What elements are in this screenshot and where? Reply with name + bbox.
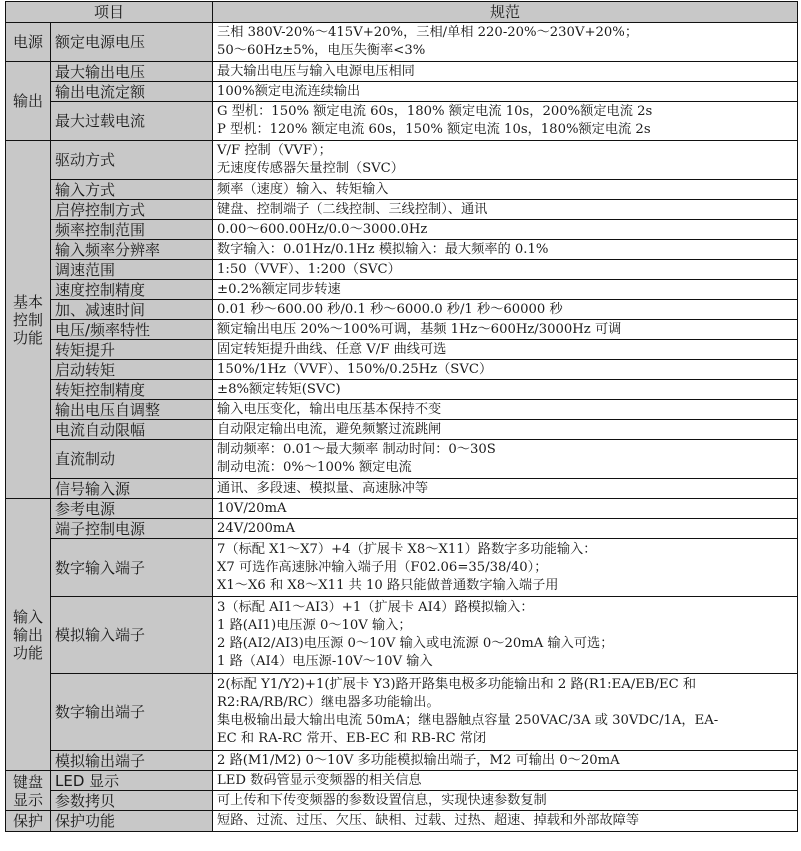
spec-cell: 10V/20mA <box>213 499 798 519</box>
category-line: 功能 <box>10 329 46 347</box>
item-cell: 直流制动 <box>51 440 213 479</box>
item-cell: 额定电源电压 <box>51 23 213 62</box>
spec-cell: 自动限定输出电流，避免频繁过流跳闸 <box>213 420 798 440</box>
spec-cell: 0.01 秒～600.00 秒/0.1 秒～6000.0 秒/1 秒～60000… <box>213 300 798 320</box>
spec-cell: ±8%额定转矩(SVC) <box>213 380 798 400</box>
spec-line: 自动限定输出电流，避免频繁过流跳闸 <box>217 421 793 439</box>
table-row: 加、减速时间0.01 秒～600.00 秒/0.1 秒～6000.0 秒/1 秒… <box>6 300 798 320</box>
item-cell: 模拟输入端子 <box>51 597 213 674</box>
spec-line: ±8%额定转矩(SVC) <box>217 381 793 399</box>
item-cell: 电压/频率特性 <box>51 320 213 340</box>
table-row: 直流制动制动频率：0.01～最大频率 制动时间：0～30S制动电流：0%～100… <box>6 440 798 479</box>
spec-cell: 7（标配 X1～X7）+4（扩展卡 X8～X11）路数字多功能输入：X7 可选作… <box>213 539 798 597</box>
spec-cell: 固定转矩提升曲线、任意 V/F 曲线可选 <box>213 340 798 360</box>
table-row: 输入输出功能参考电源10V/20mA <box>6 499 798 519</box>
spec-line: 0.01 秒～600.00 秒/0.1 秒～6000.0 秒/1 秒～60000… <box>217 301 793 319</box>
table-row: 模拟输出端子2 路(M1/M2) 0～10V 多功能模拟输出端子，M2 可输出 … <box>6 751 798 771</box>
header-spec: 规范 <box>213 2 798 23</box>
spec-line: 频率（速度）输入、转矩输入 <box>217 181 793 199</box>
spec-line: 7（标配 X1～X7）+4（扩展卡 X8～X11）路数字多功能输入： <box>217 541 793 559</box>
table-row: 电源额定电源电压三相 380V-20%～415V+20%，三相/单相 220-2… <box>6 23 798 62</box>
spec-line: P 型机：120% 额定电流 60s，150% 额定电流 10s，180%额定电… <box>217 121 793 139</box>
spec-line: R2:RA/RB/RC）继电器多功能输出。 <box>217 694 793 712</box>
table-header-row: 项目 规范 <box>6 2 798 23</box>
header-item: 项目 <box>6 2 213 23</box>
spec-cell: 可上传和下传变频器的参数设置信息，实现快速参数复制 <box>213 791 798 811</box>
spec-cell: 2 路(M1/M2) 0～10V 多功能模拟输出端子，M2 可输出 0～20mA <box>213 751 798 771</box>
spec-line: 键盘、控制端子（二线控制、三线控制）、通讯 <box>217 201 793 219</box>
spec-cell: 数字输入：0.01Hz/0.1Hz 模拟输入：最大频率的 0.1% <box>213 240 798 260</box>
table-row: 电压/频率特性额定输出电压 20%～100%可调，基频 1Hz～600Hz/30… <box>6 320 798 340</box>
category-line: 键盘 <box>10 773 46 791</box>
spec-cell: 输入电压变化，输出电压基本保持不变 <box>213 400 798 420</box>
spec-line: 2 路(AI2/AI3)电压源 0～10V 输入或电流源 0～20mA 输入可选… <box>217 635 793 653</box>
table-row: 调速范围1:50（VVF）、1:200（SVC） <box>6 260 798 280</box>
spec-line: EC 和 RA-RC 常开、EB-EC 和 RB-RC 常闭 <box>217 730 793 748</box>
table-row: 信号输入源通讯、多段速、模拟量、高速脉冲等 <box>6 479 798 499</box>
spec-line: V/F 控制（VVF）； <box>217 142 793 160</box>
item-cell: 启停控制方式 <box>51 200 213 220</box>
spec-cell: 短路、过流、过压、欠压、缺相、过载、过热、超速、掉载和外部故障等 <box>213 811 798 832</box>
item-cell: 频率控制范围 <box>51 220 213 240</box>
spec-cell: 频率（速度）输入、转矩输入 <box>213 180 798 200</box>
spec-cell: 24V/200mA <box>213 519 798 539</box>
spec-line: 100%额定电流连续输出 <box>217 83 793 101</box>
spec-line: 1:50（VVF）、1:200（SVC） <box>217 261 793 279</box>
category-cell: 电源 <box>6 23 51 62</box>
category-line: 基本 <box>10 293 46 311</box>
spec-line: 三相 380V-20%～415V+20%，三相/单相 220-20%～230V+… <box>217 24 793 42</box>
table-row: 输出电压自调整输入电压变化，输出电压基本保持不变 <box>6 400 798 420</box>
table-row: 数字输出端子2(标配 Y1/Y2)+1(扩展卡 Y3)路开路集电极多功能输出和 … <box>6 674 798 751</box>
category-cell: 输入输出功能 <box>6 499 51 771</box>
table-row: 数字输入端子7（标配 X1～X7）+4（扩展卡 X8～X11）路数字多功能输入：… <box>6 539 798 597</box>
item-cell: 参数拷贝 <box>51 791 213 811</box>
spec-line: 短路、过流、过压、欠压、缺相、过载、过热、超速、掉载和外部故障等 <box>217 812 793 830</box>
table-row: 频率控制范围0.00～600.00Hz/0.0～3000.0Hz <box>6 220 798 240</box>
spec-cell: 3（标配 AI1～AI3）+1（扩展卡 AI4）路模拟输入：1 路(AI1)电压… <box>213 597 798 674</box>
item-cell: 最大输出电压 <box>51 62 213 82</box>
spec-line: 通讯、多段速、模拟量、高速脉冲等 <box>217 480 793 498</box>
item-cell: 最大过载电流 <box>51 102 213 141</box>
spec-line: 制动频率：0.01～最大频率 制动时间：0～30S <box>217 441 793 459</box>
table-body: 电源额定电源电压三相 380V-20%～415V+20%，三相/单相 220-2… <box>6 23 798 832</box>
item-cell: 保护功能 <box>51 811 213 832</box>
spec-line: X1～X6 和 X8～X11 共 10 路只能做普通数字输入端子用 <box>217 577 793 595</box>
item-cell: 电流自动限幅 <box>51 420 213 440</box>
category-line: 控制 <box>10 311 46 329</box>
spec-cell: 额定输出电压 20%～100%可调，基频 1Hz～600Hz/3000Hz 可调 <box>213 320 798 340</box>
item-cell: 驱动方式 <box>51 141 213 180</box>
spec-line: 1 路(AI1)电压源 0～10V 输入； <box>217 617 793 635</box>
category-cell: 键盘显示 <box>6 771 51 811</box>
spec-line: 150%/1Hz（VVF）、150%/0.25Hz（SVC） <box>217 361 793 379</box>
spec-line: 额定输出电压 20%～100%可调，基频 1Hz～600Hz/3000Hz 可调 <box>217 321 793 339</box>
table-row: 输入方式频率（速度）输入、转矩输入 <box>6 180 798 200</box>
spec-line: LED 数码管显示变频器的相关信息 <box>217 772 793 790</box>
spec-line: 无速度传感器矢量控制（SVC） <box>217 160 793 178</box>
category-line: 输出 <box>10 626 46 644</box>
spec-line: G 型机：150% 额定电流 60s，180% 额定电流 10s，200%额定电… <box>217 103 793 121</box>
item-cell: 模拟输出端子 <box>51 751 213 771</box>
item-cell: 加、减速时间 <box>51 300 213 320</box>
category-cell: 基本控制功能 <box>6 141 51 499</box>
spec-cell: ±0.2%额定同步转速 <box>213 280 798 300</box>
category-line: 功能 <box>10 644 46 662</box>
spec-line: 输入电压变化，输出电压基本保持不变 <box>217 401 793 419</box>
spec-table: 项目 规范 电源额定电源电压三相 380V-20%～415V+20%，三相/单相… <box>5 1 798 832</box>
item-cell: 速度控制精度 <box>51 280 213 300</box>
spec-line: 最大输出电压与输入电源电压相同 <box>217 63 793 81</box>
item-cell: 输入方式 <box>51 180 213 200</box>
table-row: 键盘显示LED 显示LED 数码管显示变频器的相关信息 <box>6 771 798 791</box>
spec-cell: V/F 控制（VVF）；无速度传感器矢量控制（SVC） <box>213 141 798 180</box>
item-cell: 转矩提升 <box>51 340 213 360</box>
table-row: 输出最大输出电压最大输出电压与输入电源电压相同 <box>6 62 798 82</box>
spec-cell: 1:50（VVF）、1:200（SVC） <box>213 260 798 280</box>
spec-line: 可上传和下传变频器的参数设置信息，实现快速参数复制 <box>217 792 793 810</box>
table-row: 转矩控制精度±8%额定转矩(SVC) <box>6 380 798 400</box>
spec-cell: 最大输出电压与输入电源电压相同 <box>213 62 798 82</box>
item-cell: 输入频率分辨率 <box>51 240 213 260</box>
spec-line: 10V/20mA <box>217 500 793 518</box>
spec-line: 1 路（AI4）电压源-10V～10V 输入 <box>217 653 793 671</box>
item-cell: 端子控制电源 <box>51 519 213 539</box>
spec-line: 2 路(M1/M2) 0～10V 多功能模拟输出端子，M2 可输出 0～20mA <box>217 752 793 770</box>
spec-line: 0.00～600.00Hz/0.0～3000.0Hz <box>217 221 793 239</box>
table-row: 电流自动限幅自动限定输出电流，避免频繁过流跳闸 <box>6 420 798 440</box>
spec-cell: 三相 380V-20%～415V+20%，三相/单相 220-20%～230V+… <box>213 23 798 62</box>
item-cell: 信号输入源 <box>51 479 213 499</box>
item-cell: 输出电压自调整 <box>51 400 213 420</box>
table-row: 参数拷贝可上传和下传变频器的参数设置信息，实现快速参数复制 <box>6 791 798 811</box>
category-cell: 输出 <box>6 62 51 141</box>
spec-line: 固定转矩提升曲线、任意 V/F 曲线可选 <box>217 341 793 359</box>
category-line: 输入 <box>10 608 46 626</box>
spec-line: ±0.2%额定同步转速 <box>217 281 793 299</box>
table-row: 转矩提升固定转矩提升曲线、任意 V/F 曲线可选 <box>6 340 798 360</box>
item-cell: 输出电流定额 <box>51 82 213 102</box>
category-cell: 保护 <box>6 811 51 832</box>
category-line: 显示 <box>10 791 46 809</box>
item-cell: 参考电源 <box>51 499 213 519</box>
spec-cell: 100%额定电流连续输出 <box>213 82 798 102</box>
spec-cell: 150%/1Hz（VVF）、150%/0.25Hz（SVC） <box>213 360 798 380</box>
table-row: 启停控制方式键盘、控制端子（二线控制、三线控制）、通讯 <box>6 200 798 220</box>
table-row: 启动转矩150%/1Hz（VVF）、150%/0.25Hz（SVC） <box>6 360 798 380</box>
spec-line: X7 可选作高速脉冲输入端子用（F02.06=35/38/40）； <box>217 559 793 577</box>
item-cell: 转矩控制精度 <box>51 380 213 400</box>
spec-cell: 0.00～600.00Hz/0.0～3000.0Hz <box>213 220 798 240</box>
spec-cell: LED 数码管显示变频器的相关信息 <box>213 771 798 791</box>
spec-line: 24V/200mA <box>217 520 793 538</box>
spec-cell: 制动频率：0.01～最大频率 制动时间：0～30S制动电流：0%～100% 额定… <box>213 440 798 479</box>
table-row: 输出电流定额100%额定电流连续输出 <box>6 82 798 102</box>
spec-line: 制动电流：0%～100% 额定电流 <box>217 459 793 477</box>
item-cell: 启动转矩 <box>51 360 213 380</box>
table-row: 最大过载电流G 型机：150% 额定电流 60s，180% 额定电流 10s，2… <box>6 102 798 141</box>
spec-cell: G 型机：150% 额定电流 60s，180% 额定电流 10s，200%额定电… <box>213 102 798 141</box>
spec-cell: 2(标配 Y1/Y2)+1(扩展卡 Y3)路开路集电极多功能输出和 2 路(R1… <box>213 674 798 751</box>
table-row: 速度控制精度±0.2%额定同步转速 <box>6 280 798 300</box>
table-row: 输入频率分辨率数字输入：0.01Hz/0.1Hz 模拟输入：最大频率的 0.1% <box>6 240 798 260</box>
item-cell: 数字输入端子 <box>51 539 213 597</box>
spec-line: 50～60Hz±5%，电压失衡率<3% <box>217 42 793 60</box>
spec-line: 集电极输出最大输出电流 50mA；继电器触点容量 250VAC/3A 或 30V… <box>217 712 793 730</box>
spec-line: 3（标配 AI1～AI3）+1（扩展卡 AI4）路模拟输入： <box>217 599 793 617</box>
spec-cell: 通讯、多段速、模拟量、高速脉冲等 <box>213 479 798 499</box>
spec-line: 2(标配 Y1/Y2)+1(扩展卡 Y3)路开路集电极多功能输出和 2 路(R1… <box>217 676 793 694</box>
item-cell: 调速范围 <box>51 260 213 280</box>
spec-line: 数字输入：0.01Hz/0.1Hz 模拟输入：最大频率的 0.1% <box>217 241 793 259</box>
item-cell: LED 显示 <box>51 771 213 791</box>
spec-cell: 键盘、控制端子（二线控制、三线控制）、通讯 <box>213 200 798 220</box>
table-row: 基本控制功能驱动方式V/F 控制（VVF）；无速度传感器矢量控制（SVC） <box>6 141 798 180</box>
table-row: 保护保护功能短路、过流、过压、欠压、缺相、过载、过热、超速、掉载和外部故障等 <box>6 811 798 832</box>
table-row: 模拟输入端子3（标配 AI1～AI3）+1（扩展卡 AI4）路模拟输入：1 路(… <box>6 597 798 674</box>
item-cell: 数字输出端子 <box>51 674 213 751</box>
table-row: 端子控制电源24V/200mA <box>6 519 798 539</box>
